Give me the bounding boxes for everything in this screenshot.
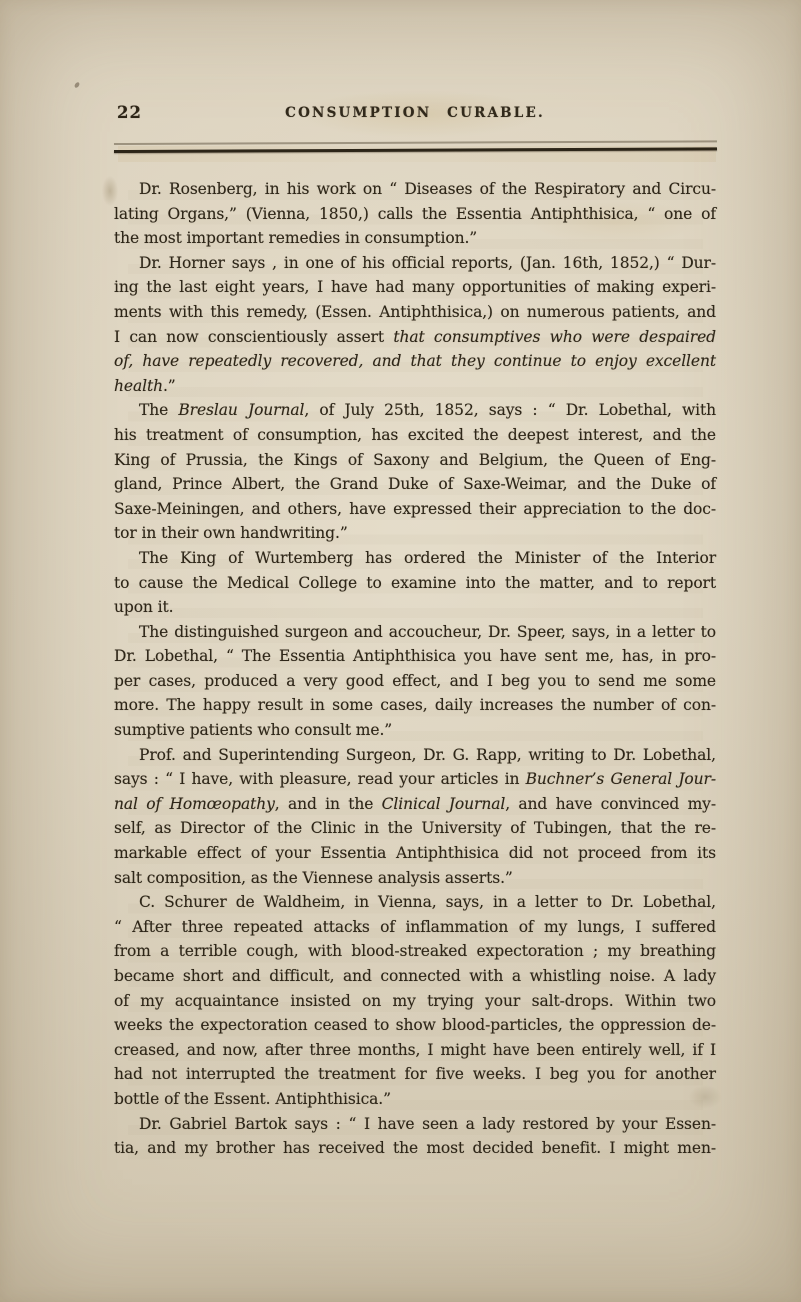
text-segment: Dr. Rosenberg, in his work on “ Diseases…: [139, 180, 716, 198]
text-segment: sumptive patients who consult me.”: [114, 721, 392, 739]
text-segment: had not interrupted the treatment for fi…: [114, 1065, 716, 1083]
text-line: bottle of the Essent. Antiphthisica.”: [114, 1087, 716, 1112]
text-line: more. The happy result in some cases, da…: [114, 693, 716, 718]
text-line: The Breslau Journal, of July 25th, 1852,…: [114, 398, 716, 423]
text-line: tia, and my brother has received the mos…: [114, 1136, 716, 1161]
text-line: Dr. Rosenberg, in his work on “ Diseases…: [114, 177, 716, 202]
text-segment: “ After three repeated attacks of inflam…: [114, 918, 716, 936]
text-line: his treatment of consumption, has excite…: [114, 423, 716, 448]
text-segment: , and have convinced my-: [505, 795, 716, 813]
header-rule-thin-line: [114, 140, 717, 145]
text-line: gland, Prince Albert, the Grand Duke of …: [114, 472, 716, 497]
text-segment: per cases, produced a very good effect, …: [114, 672, 716, 690]
italic-text-segment: of, have repeatedly recovered, and that …: [114, 352, 716, 370]
paper-speck: [74, 81, 81, 88]
text-segment: his treatment of consumption, has excite…: [114, 426, 716, 444]
text-segment: ments with this remedy, (Essen. Antiphth…: [114, 303, 716, 321]
text-segment: The: [139, 401, 178, 419]
text-line: ments with this remedy, (Essen. Antiphth…: [114, 300, 716, 325]
running-head: CONSUMPTION CURABLE.: [114, 105, 716, 121]
text-line: per cases, produced a very good effect, …: [114, 669, 716, 694]
text-line: to cause the Medical College to examine …: [114, 571, 716, 596]
text-line: the most important remedies in consumpti…: [114, 226, 716, 251]
text-segment: of my acquaintance insisted on my trying…: [114, 992, 716, 1010]
text-segment: upon it.: [114, 598, 173, 616]
text-line: nal of Homœopathy, and in the Clinical J…: [114, 792, 716, 817]
text-line: tor in their own handwriting.”: [114, 521, 716, 546]
italic-text-segment: Breslau Journal: [178, 401, 304, 419]
text-segment: tor in their own handwriting.”: [114, 524, 348, 542]
text-line: Dr. Lobethal, “ The Essentia Antiphthisi…: [114, 644, 716, 669]
text-line: ing the last eight years, I have had man…: [114, 275, 716, 300]
italic-text-segment: Buchner’s General Jour-: [526, 770, 716, 788]
text-segment: King of Prussia, the Kings of Saxony and…: [114, 451, 716, 469]
text-segment: became short and difficult, and connecte…: [114, 967, 716, 985]
text-line: Dr. Gabriel Bartok says : “ I have seen …: [114, 1112, 716, 1137]
text-segment: Saxe-Meiningen, and others, have express…: [114, 500, 716, 518]
text-line: C. Schurer de Waldheim, in Vienna, says,…: [114, 890, 716, 915]
text-line: I can now conscientiously assert that co…: [114, 325, 716, 350]
text-line: “ After three repeated attacks of inflam…: [114, 915, 716, 940]
text-segment: creased, and now, after three months, I …: [114, 1041, 716, 1059]
text-line: The distinguished surgeon and accoucheur…: [114, 620, 716, 645]
text-line: Prof. and Superintending Surgeon, Dr. G.…: [114, 743, 716, 768]
text-segment: , of July 25th, 1852, says : “ Dr. Lobet…: [304, 401, 716, 419]
text-line: self, as Director of the Clinic in the U…: [114, 816, 716, 841]
text-segment: gland, Prince Albert, the Grand Duke of …: [114, 475, 716, 493]
italic-text-segment: Clinical Journal: [382, 795, 506, 813]
text-line: Saxe-Meiningen, and others, have express…: [114, 497, 716, 522]
text-segment: Dr. Lobethal, “ The Essentia Antiphthisi…: [114, 647, 716, 665]
header-rule-thick-line: [114, 147, 717, 153]
text-segment: to cause the Medical College to examine …: [114, 574, 716, 592]
text-segment: Prof. and Superintending Surgeon, Dr. G.…: [139, 746, 716, 764]
book-page: 22 CONSUMPTION CURABLE. Dr. Rosenberg, i…: [0, 0, 801, 1302]
text-segment: .”: [163, 377, 176, 395]
text-segment: ing the last eight years, I have had man…: [114, 278, 716, 296]
text-line: of, have repeatedly recovered, and that …: [114, 349, 716, 374]
text-line: of my acquaintance insisted on my trying…: [114, 989, 716, 1014]
text-line: became short and difficult, and connecte…: [114, 964, 716, 989]
text-line: says : “ I have, with pleasure, read you…: [114, 767, 716, 792]
text-segment: lating Organs,” (Vienna, 1850,) calls th…: [114, 205, 716, 223]
text-line: health.”: [114, 374, 716, 399]
text-segment: The distinguished surgeon and accoucheur…: [139, 623, 716, 641]
text-line: from a terrible cough, with blood-streak…: [114, 939, 716, 964]
text-segment: tia, and my brother has received the mos…: [114, 1139, 716, 1157]
text-line: sumptive patients who consult me.”: [114, 718, 716, 743]
text-segment: salt composition, as the Viennese analys…: [114, 869, 513, 887]
text-segment: bottle of the Essent. Antiphthisica.”: [114, 1090, 391, 1108]
text-line: had not interrupted the treatment for fi…: [114, 1062, 716, 1087]
header-rule: [114, 140, 717, 153]
text-line: The King of Wurtemberg has ordered the M…: [114, 546, 716, 571]
text-segment: from a terrible cough, with blood-streak…: [114, 942, 716, 960]
text-line: markable effect of your Essentia Antipht…: [114, 841, 716, 866]
text-segment: Dr. Horner says , in one of his official…: [139, 254, 716, 272]
italic-text-segment: health: [114, 377, 163, 395]
italic-text-segment: that consumptives who were despaired: [393, 328, 716, 346]
text-segment: , and in the: [275, 795, 382, 813]
text-line: King of Prussia, the Kings of Saxony and…: [114, 448, 716, 473]
page-body-text: Dr. Rosenberg, in his work on “ Diseases…: [114, 177, 716, 1161]
scanned-book-page: { "page": { "number": "22", "running_hea…: [0, 0, 801, 1302]
text-line: creased, and now, after three months, I …: [114, 1038, 716, 1063]
text-line: weeks the expectoration ceased to show b…: [114, 1013, 716, 1038]
text-line: lating Organs,” (Vienna, 1850,) calls th…: [114, 202, 716, 227]
text-line: Dr. Horner says , in one of his official…: [114, 251, 716, 276]
text-segment: the most important remedies in consumpti…: [114, 229, 477, 247]
text-segment: Dr. Gabriel Bartok says : “ I have seen …: [139, 1115, 716, 1133]
text-segment: says : “ I have, with pleasure, read you…: [114, 770, 526, 788]
italic-text-segment: nal of Homœopathy: [114, 795, 275, 813]
text-segment: markable effect of your Essentia Antipht…: [114, 844, 716, 862]
text-segment: weeks the expectoration ceased to show b…: [114, 1016, 716, 1034]
text-line: upon it.: [114, 595, 716, 620]
text-segment: self, as Director of the Clinic in the U…: [114, 819, 716, 837]
text-segment: more. The happy result in some cases, da…: [114, 696, 716, 714]
text-segment: The King of Wurtemberg has ordered the M…: [139, 549, 716, 567]
text-segment: C. Schurer de Waldheim, in Vienna, says,…: [139, 893, 716, 911]
text-segment: I can now conscientiously assert: [114, 328, 393, 346]
text-line: salt composition, as the Viennese analys…: [114, 866, 716, 891]
